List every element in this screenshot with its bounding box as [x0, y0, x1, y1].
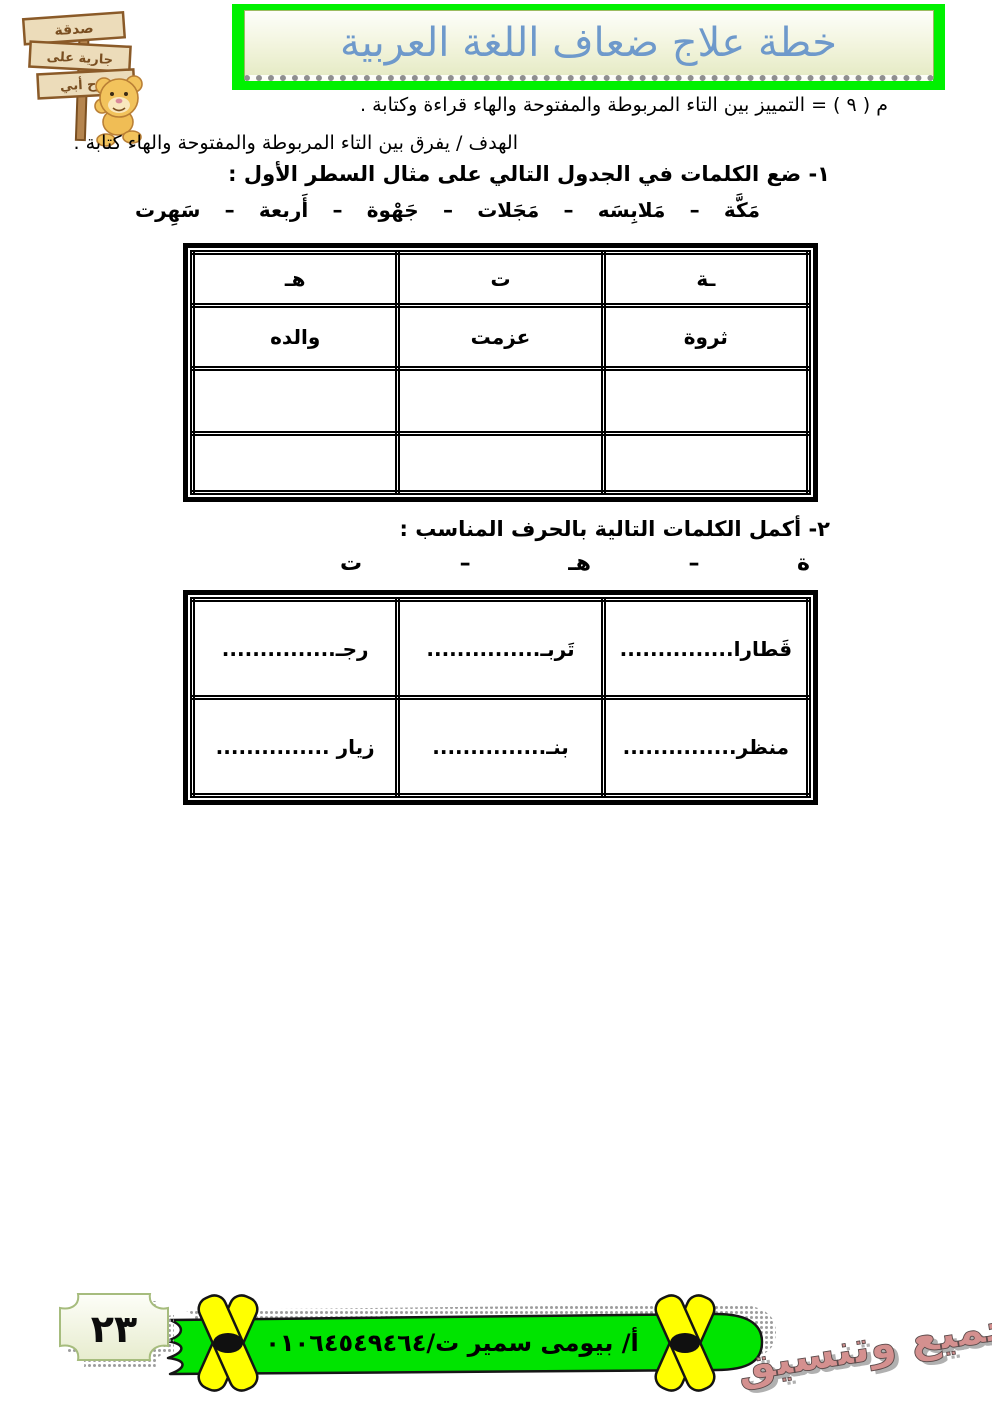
word: جَهْوة: [367, 198, 419, 222]
dash-separator: –: [332, 198, 342, 222]
empty-answer-row: [193, 434, 809, 493]
mascot-bear-sign: صدقة جارية على روح أبي: [6, 4, 176, 149]
table-header-row: ـة ت هـ: [193, 253, 809, 306]
empty-answer-cell: [398, 369, 603, 434]
header-haa: هـ: [193, 253, 398, 306]
dash-separator: –: [225, 198, 235, 222]
exercise1-heading: ١- ضع الكلمات في الجدول التالي على مثال …: [228, 162, 830, 186]
page-number: ٢٣: [91, 1307, 137, 1351]
objective-line: الهدف / يفرق بين التاء المربوطة والمفتوح…: [74, 132, 518, 154]
header-taa-maftuha: ت: [398, 253, 603, 306]
dash-separator: –: [690, 198, 700, 222]
lesson-number-line: م ( ٩ ) = التمييز بين التاء المربوطة وال…: [360, 94, 888, 116]
header-title-box: خطة علاج ضعاف اللغة العربية: [244, 10, 934, 81]
empty-answer-cell: [398, 434, 603, 493]
letter-choice: هـ: [568, 551, 591, 576]
empty-answer-cell: [603, 369, 808, 434]
page-number-badge: ٢٣: [60, 1294, 174, 1367]
example-cell: عزمت: [398, 306, 603, 369]
footer-decoration: أ/ بيومى سمير ت/٠١٠٦٤٥٤٩٤٦٤ ٢٣ تجميع وتن…: [0, 1280, 992, 1403]
example-cell: ثروة: [603, 306, 808, 369]
fill-in-cell: قَطارا...............: [603, 600, 808, 698]
contact-text: أ/ بيومى سمير ت/٠١٠٦٤٥٤٩٤٦٤: [265, 1327, 639, 1357]
fill-in-cell: رجـ...............: [193, 600, 398, 698]
fill-in-row: قَطارا............... تَربـ.............…: [193, 600, 809, 698]
watermark-text: تجميع وتنسيق تجميع وتنسيق: [733, 1295, 992, 1396]
empty-answer-cell: [193, 434, 398, 493]
word: مَلابِسَه: [598, 198, 666, 222]
exercise1-word-list: مَكَّة – مَلابِسَه – مَجَلات – جَهْوة – …: [135, 198, 760, 222]
empty-answer-row: [193, 369, 809, 434]
letter-choice: ت: [340, 551, 362, 576]
exercise2-heading: ٢- أكمل الكلمات التالية بالحرف المناسب :: [400, 517, 830, 541]
header-taa-marbuta: ـة: [603, 253, 808, 306]
fill-in-cell: بنـ...............: [398, 698, 603, 796]
word: أَربعة: [259, 198, 308, 222]
fill-in-row: منظر............... بنـ............... ز…: [193, 698, 809, 796]
dash-separator: –: [460, 551, 471, 576]
fill-in-cell: زيار ...............: [193, 698, 398, 796]
example-row: ثروة عزمت والده: [193, 306, 809, 369]
fill-in-cell: تَربـ...............: [398, 600, 603, 698]
fill-in-table: قَطارا............... تَربـ.............…: [183, 590, 818, 805]
dash-separator: –: [688, 551, 699, 576]
empty-answer-cell: [193, 369, 398, 434]
header-band: خطة علاج ضعاف اللغة العربية: [232, 4, 945, 90]
word: مَكَّة: [724, 198, 760, 222]
exercise2-letter-choices: ة – هـ – ت: [340, 551, 810, 576]
empty-answer-cell: [603, 434, 808, 493]
sorting-table: ـة ت هـ ثروة عزمت والده: [183, 243, 818, 502]
example-cell: والده: [193, 306, 398, 369]
word: مَجَلات: [477, 198, 539, 222]
dash-separator: –: [564, 198, 574, 222]
worksheet-page: صدقة جارية على روح أبي: [0, 0, 992, 1403]
sign-line-1: صدقة: [54, 20, 94, 39]
fill-in-cell: منظر...............: [603, 698, 808, 796]
svg-text:تجميع وتنسيق: تجميع وتنسيق: [733, 1296, 992, 1392]
word: سَهِرت: [135, 198, 200, 222]
letter-choice: ة: [797, 551, 810, 576]
page-title: خطة علاج ضعاف اللغة العربية: [340, 23, 837, 63]
dash-separator: –: [443, 198, 453, 222]
